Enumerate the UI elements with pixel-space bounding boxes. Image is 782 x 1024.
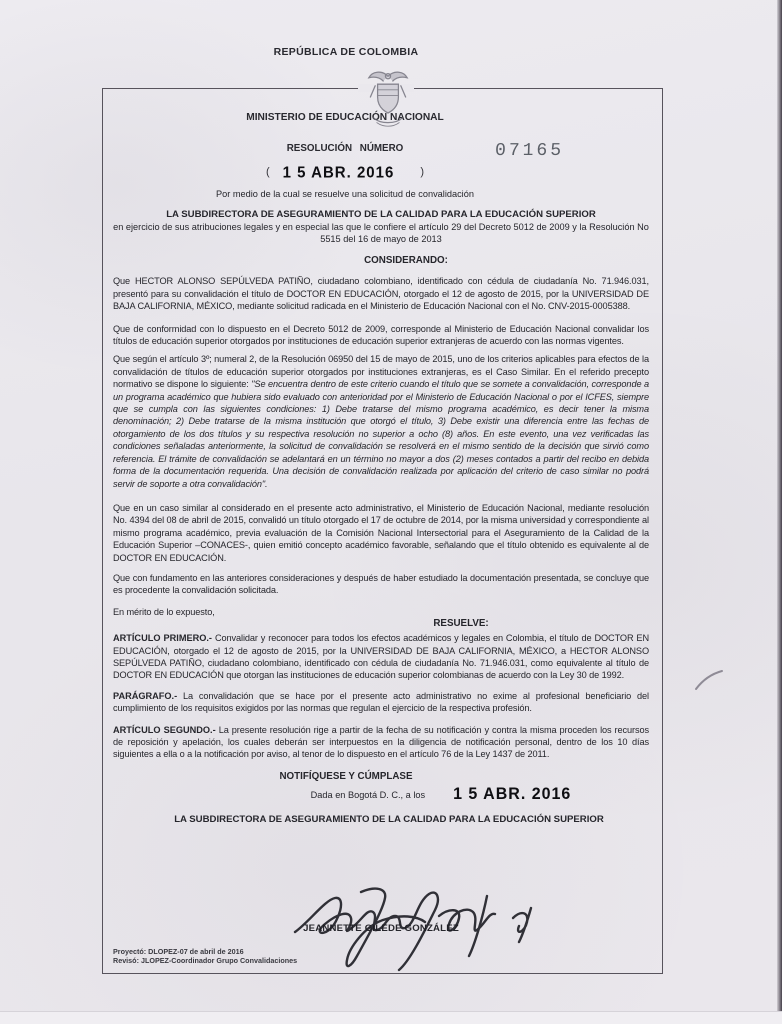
footer-line-2: Revisó: JLOPEZ-Coordinador Grupo Convali… [113, 956, 297, 965]
issued-row: Dada en Bogotá D. C., a los 1 5 ABR. 201… [173, 785, 709, 805]
colombia-coat-of-arms-icon [364, 68, 412, 134]
paragraph-clause-label: PARÁGRAFO.- [113, 691, 177, 701]
scan-edge-bottom [0, 1011, 782, 1024]
issued-prefix: Dada en Bogotá D. C., a los [311, 790, 425, 800]
notify-heading: NOTIFÍQUESE Y CÚMPLASE [78, 771, 614, 782]
scanned-resolution-page: REPÚBLICA DE COLOMBIA 07165 MINISTERIO D… [0, 0, 782, 1024]
resolution-number-stamp: 07165 [495, 141, 565, 161]
footer-line-1: Proyectó: DLOPEZ-07 de abril de 2016 [113, 947, 297, 956]
authority-basis: en ejercicio de sus atribuciones legales… [113, 221, 649, 245]
authority-title: LA SUBDIRECTORA DE ASEGURAMIENTO DE LA C… [113, 209, 649, 220]
ministry-title: MINISTERIO DE EDUCACIÓN NACIONAL [77, 112, 613, 123]
resolution-date-stamp: 1 5 ABR. 2016 [283, 163, 395, 181]
paren-open: ( [266, 166, 270, 178]
country-title: REPÚBLICA DE COLOMBIA [0, 46, 692, 58]
document-content: MINISTERIO DE EDUCACIÓN NACIONAL RESOLUC… [113, 89, 649, 973]
document-border-frame: 07165 MINISTERIO DE EDUCACIÓN NACIONAL R… [102, 88, 663, 974]
article-1-label: ARTÍCULO PRIMERO.- [113, 633, 212, 643]
resolution-date-row: ( 1 5 ABR. 2016 ) [77, 162, 613, 182]
footer-credits: Proyectó: DLOPEZ-07 de abril de 2016 Rev… [113, 947, 297, 966]
resolution-subject: Por medio de la cual se resuelve una sol… [77, 189, 613, 199]
article-2: ARTÍCULO SEGUNDO.- La presente resolució… [113, 724, 649, 761]
considering-heading: CONSIDERANDO: [138, 255, 674, 266]
paren-close: ) [420, 166, 424, 178]
considering-paragraph-2: Que de conformidad con lo dispuesto en e… [113, 323, 649, 348]
signer-title: LA SUBDIRECTORA DE ASEGURAMIENTO DE LA C… [121, 814, 657, 825]
scan-edge-right [777, 0, 782, 1024]
paragraph-clause: PARÁGRAFO.- La convalidación que se hace… [113, 690, 649, 715]
merit-line: En mérito de lo expuesto, [113, 606, 649, 618]
paragraph-3-quote: "Se encuentra dentro de este criterio cu… [113, 379, 649, 488]
paragraph-clause-text: La convalidación que se hace por el pres… [113, 691, 649, 713]
resolve-heading: RESUELVE: [193, 618, 729, 629]
issued-date-stamp: 1 5 ABR. 2016 [453, 785, 571, 804]
considering-paragraph-5: Que con fundamento en las anteriores con… [113, 572, 649, 597]
considering-paragraph-1: Que HECTOR ALONSO SEPÚLVEDA PATIÑO, ciud… [113, 275, 649, 312]
considering-paragraph-4: Que en un caso similar al considerado en… [113, 502, 649, 564]
considering-paragraph-3: Que según el artículo 3º; numeral 2, de … [113, 353, 649, 489]
pencil-check-mark [694, 668, 724, 694]
handwritten-signature [291, 882, 541, 974]
article-1: ARTÍCULO PRIMERO.- Convalidar y reconoce… [113, 632, 649, 682]
article-2-label: ARTÍCULO SEGUNDO.- [113, 725, 216, 735]
